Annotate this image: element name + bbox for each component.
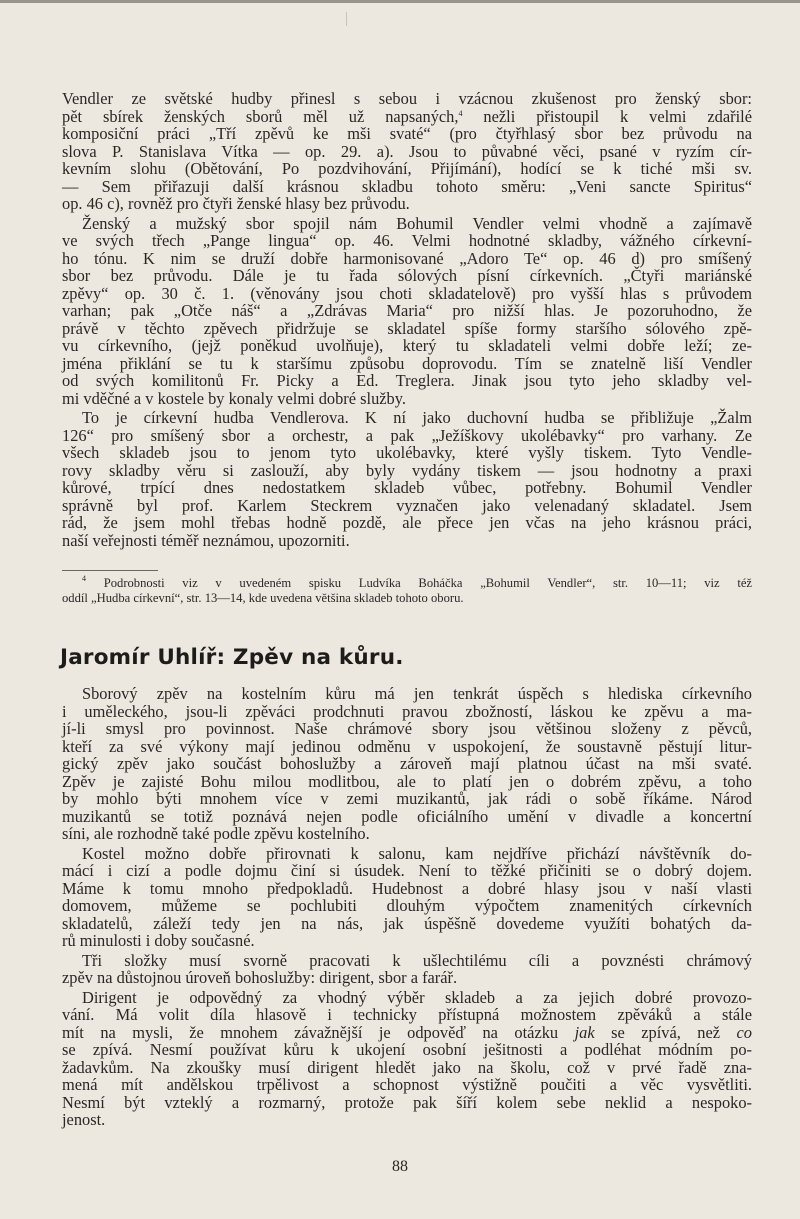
paragraph: Kostel možno dobře přirovnati k salonu, … [62,845,752,950]
text-line: To je církevní hudba Vendlerova. K ní ja… [62,409,752,427]
text-line: kůrové, trpící dnes nedostatkem skladeb … [62,479,752,497]
paragraph: Ženský a mužský sbor spojil nám Bohumil … [62,215,752,408]
text-line: právě v těchto zpěvech přidržuje se skla… [62,320,752,338]
text-line: Dirigent je odpovědný za vhodný výběr sk… [62,989,752,1007]
text-line: mácí i cizí a podle dojmu činí si úsudek… [62,862,752,880]
text-line: Tři složky musí svorně pracovati k ušlec… [62,952,752,970]
text-line: skladatelů, záleží tedy jen na nás, jak … [62,915,752,933]
text-fragment: nežli přistoupil k velmi zdařilé [462,107,752,126]
text-line: jenost. [62,1111,752,1129]
text-line: gický zpěv jako součást bohoslužby a zár… [62,755,752,773]
text-line: rů minulosti i doby současné. [62,932,752,950]
text-line: vu církevního, (jejž poněkud uvolňuje), … [62,337,752,355]
text-line: Nesmí být vzteklý a rozmarný, protože pa… [62,1094,752,1112]
text-line: síni, ale rozhodně také podle zpěvu kost… [62,825,752,843]
text-line: naší veřejnosti téměř neznámou, upozorni… [62,532,752,550]
text-line: zpěv na důstojnou úroveň bohoslužby: dir… [62,969,752,987]
text-line: ve svých třech „Pange lingua“ op. 46. Ve… [62,232,752,250]
text-line: jí-li smysl pro povinnost. Naše chrámové… [62,720,752,738]
text-line: se zpívá. Nesmí používat kůru k ukojení … [62,1041,752,1059]
text-line: 126“ pro smíšený sbor a orchestr, a pak … [62,427,752,445]
footnote-marker: 4 [82,574,86,583]
scan-mark [346,12,347,26]
text-line: Kostel možno dobře přirovnati k salonu, … [62,845,752,863]
text-line: varhan; pak „Otče náš“ a „Zdrávas Maria“… [62,302,752,320]
footnote-line: 4 Podrobnosti viz v uvedeném spisku Ludv… [62,576,752,591]
footnote: 4 Podrobnosti viz v uvedeném spisku Ludv… [62,576,752,606]
text-line: od svých komilitonů Fr. Picky a Ed. Treg… [62,372,752,390]
text-line: mít na mysli, že mnohem závažnější je od… [62,1024,752,1042]
paragraph: To je církevní hudba Vendlerova. K ní ja… [62,409,752,549]
text-line: by mohlo býti mnohem více v zemi muzikan… [62,790,752,808]
text-fragment: pět sbírek ženských sborů měl už napsaný… [62,107,458,126]
emphasis-co: co [737,1023,752,1042]
page-edge [0,0,800,3]
text-line: domovem, můžeme se pochlubiti dlouhým vý… [62,897,752,915]
text-fragment: se zpívá, než [595,1023,737,1042]
emphasis-jak: jak [575,1023,595,1042]
text-line: zpěvy“ op. 30 č. 1. (věnovány jsou choti… [62,285,752,303]
text-line: rovy skladby věru si zaslouží, aby byly … [62,462,752,480]
text-line: mená mít andělskou trpělivost a schopnos… [62,1076,752,1094]
text-line: Sborový zpěv na kostelním kůru má jen te… [62,685,752,703]
text-line: žadavkům. Na zkoušky musí dirigent hledě… [62,1059,752,1077]
text-line: vání. Má volit díla hlasově i technicky … [62,1006,752,1024]
article-body: Sborový zpěv na kostelním kůru má jen te… [62,685,752,1129]
text-line: Máme k tomu mnoho předpokladů. Hudebnost… [62,880,752,898]
text-fragment: Podrobnosti viz v uvedeném spisku Ludvík… [104,576,752,590]
text-line: kevním slohu (Obětování, Po pozdvihování… [62,160,752,178]
footnote-line: oddíl „Hudba církevní“, str. 13—14, kde … [62,591,752,606]
article-heading: Jaromír Uhlíř: Zpěv na kůru. [60,645,404,670]
text-line: mi vděčné a v kostele by konaly velmi do… [62,390,752,408]
text-line: muzikantů se totiž poznává nejen podle o… [62,808,752,826]
text-line: sbor bez průvodu. Dále je tu řada sólový… [62,267,752,285]
text-line: správně byl prof. Karlem Steckrem vyznač… [62,497,752,515]
text-line: pět sbírek ženských sborů měl už napsaný… [62,108,752,126]
text-line: op. 46 c), rovněž pro čtyři ženské hlasy… [62,195,752,213]
text-line: Zpěv je zajisté Bohu milou modlitbou, al… [62,773,752,791]
text-line: ho tónu. K nim se druží dobře harmonisov… [62,250,752,268]
text-line: i uměleckého, jsou-li zpěváci prodchnuti… [62,703,752,721]
paragraph: Dirigent je odpovědný za vhodný výběr sk… [62,989,752,1129]
paragraph: Sborový zpěv na kostelním kůru má jen te… [62,685,752,843]
paragraph: Tři složky musí svorně pracovati k ušlec… [62,952,752,987]
text-line: rád, že jsem mohl třebas hodně pozdě, al… [62,514,752,532]
vendler-section: Vendler ze světské hudby přinesl s sebou… [62,90,752,549]
text-line: jména přiklání se tu k staršímu způsobu … [62,355,752,373]
text-fragment: mít na mysli, že mnohem závažnější je od… [62,1023,558,1042]
text-line: Vendler ze světské hudby přinesl s sebou… [62,90,752,108]
footnote-rule [62,570,158,571]
paragraph: Vendler ze světské hudby přinesl s sebou… [62,90,752,213]
text-line: — Sem přiřazuji další krásnou skladbu to… [62,178,752,196]
text-line: Ženský a mužský sbor spojil nám Bohumil … [62,215,752,233]
text-line: všech skladeb jsou to jenom tyto ukoléba… [62,444,752,462]
text-line: kteří za své výkony mají jedinou odměnu … [62,738,752,756]
text-line: komposiční práci „Tří zpěvů ke mši svaté… [62,125,752,143]
page-number: 88 [0,1158,800,1176]
text-line: slova P. Stanislava Vítka — op. 29. a). … [62,143,752,161]
